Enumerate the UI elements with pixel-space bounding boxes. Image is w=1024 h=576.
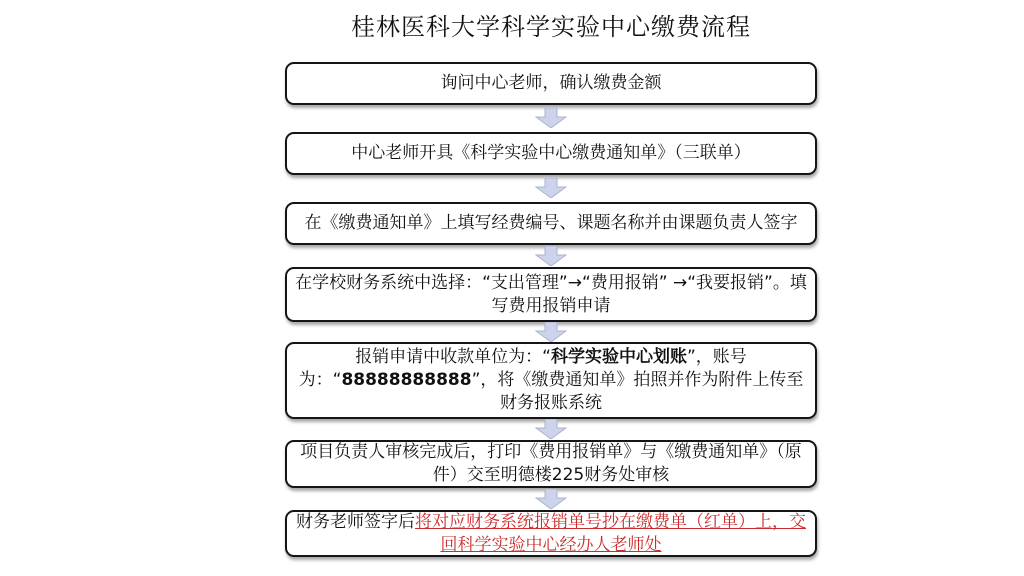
flowchart-page: 桂林医科大学科学实验中心缴费流程 询问中心老师，确认缴费金额 中心老师开具《科学… — [0, 0, 1024, 576]
step-text-segment: 报销申请中收款单位为：“ — [355, 347, 551, 367]
step-text-segment: ”，将《缴费通知单》拍照并作为附件上传至财务报账系统 — [472, 370, 804, 413]
down-arrow-icon — [535, 322, 567, 342]
highlighted-account-name: 科学实验中心划账 — [551, 347, 687, 367]
step-text: 中心老师开具《科学实验中心缴费通知单》（三联单） — [351, 142, 751, 165]
step-text: 询问中心老师，确认缴费金额 — [441, 72, 662, 95]
highlighted-account-number: 88888888888 — [341, 370, 471, 390]
step-text: 报销申请中收款单位为：“科学实验中心划账”，账号为：“88888888888”，… — [293, 346, 809, 415]
step-text-segment: 财务老师签字后 — [296, 512, 415, 532]
flow-step-print-review: 项目负责人审核完成后，打印《费用报销单》与《缴费通知单》（原件）交至明德楼225… — [285, 440, 817, 488]
down-arrow-icon — [535, 246, 567, 266]
flow-step-return-receipt: 财务老师签字后将对应财务系统报销单号抄在缴费单（红单）上，交回科学实验中心经办人… — [285, 510, 817, 557]
flow-step-payee-info: 报销申请中收款单位为：“科学实验中心划账”，账号为：“88888888888”，… — [285, 342, 817, 419]
step-text: 在《缴费通知单》上填写经费编号、课题名称并由课题负责人签字 — [305, 212, 798, 235]
step-text: 在学校财务系统中选择：“支出管理”→“费用报销” →“我要报销”。填写费用报销申… — [293, 272, 809, 318]
step-text: 项目负责人审核完成后，打印《费用报销单》与《缴费通知单》（原件）交至明德楼225… — [293, 441, 809, 487]
step-text: 财务老师签字后将对应财务系统报销单号抄在缴费单（红单）上，交回科学实验中心经办人… — [293, 511, 809, 557]
down-arrow-icon — [535, 108, 567, 128]
flow-step-fill-notice: 在《缴费通知单》上填写经费编号、课题名称并由课题负责人签字 — [285, 202, 817, 245]
red-underline-note: 将对应财务系统报销单号抄在缴费单（红单）上，交回科学实验中心经办人老师处 — [415, 512, 806, 555]
flow-step-issue-notice: 中心老师开具《科学实验中心缴费通知单》（三联单） — [285, 132, 817, 175]
flow-step-ask-amount: 询问中心老师，确认缴费金额 — [285, 62, 817, 105]
down-arrow-icon — [535, 178, 567, 198]
down-arrow-icon — [535, 419, 567, 439]
flow-step-finance-system: 在学校财务系统中选择：“支出管理”→“费用报销” →“我要报销”。填写费用报销申… — [285, 267, 817, 322]
page-title: 桂林医科大学科学实验中心缴费流程 — [285, 7, 817, 42]
down-arrow-icon — [535, 489, 567, 509]
